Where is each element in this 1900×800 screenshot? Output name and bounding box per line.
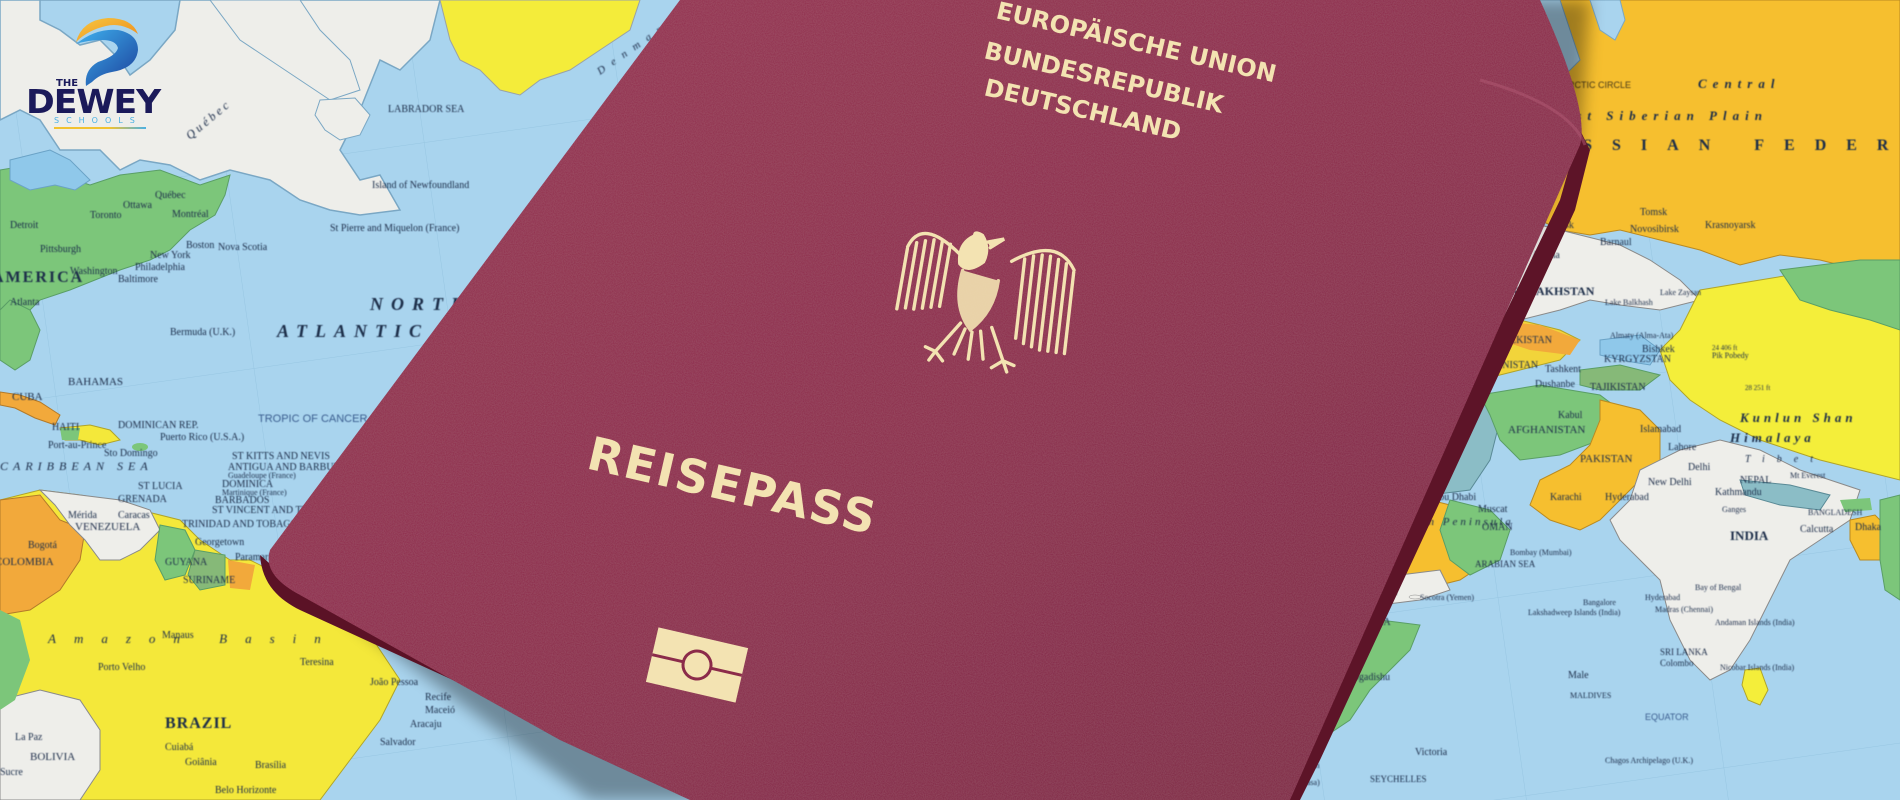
- map-label: Teresina: [300, 657, 334, 668]
- map-label: SURINAME: [183, 575, 235, 586]
- map-label: Lake Balkhash: [1605, 298, 1653, 307]
- map-label: ST KITTS AND NEVIS: [232, 451, 330, 462]
- dewey-schools-logo[interactable]: THE DEWEY SCHOOLS: [20, 16, 180, 126]
- map-label: Muscat: [1478, 504, 1508, 515]
- map-label: 24 406 ft: [1712, 344, 1737, 352]
- map-label: Islamabad: [1640, 424, 1681, 435]
- map-label: AMERICA: [0, 269, 84, 286]
- map-label: Colombo: [1660, 658, 1694, 668]
- map-label: Toronto: [90, 210, 122, 221]
- map-label: Maceió: [425, 705, 455, 716]
- map-label: Socotra (Yemen): [1420, 593, 1474, 602]
- map-label: Recife: [425, 692, 452, 703]
- map-label: Mt Everest: [1790, 471, 1826, 480]
- map-label: TROPIC OF CANCER: [258, 413, 367, 425]
- map-label: KAZAKHSTAN: [1510, 284, 1595, 298]
- world-map: LABRADOR SEA Québec Ottawa Québec Montré…: [0, 0, 1900, 800]
- map-label: BANGLADESH: [1808, 508, 1862, 517]
- map-label: Omsk: [1550, 220, 1574, 231]
- map-label: Tomsk: [1640, 207, 1667, 218]
- map-label: EQUATOR: [1645, 712, 1689, 722]
- map-label: Novosibirsk: [1630, 224, 1679, 235]
- map-label: BRAZIL: [165, 715, 232, 732]
- photo-scene: LABRADOR SEA Québec Ottawa Québec Montré…: [0, 0, 1900, 800]
- map-label: Mérida: [68, 510, 97, 521]
- map-label: Calcutta: [1800, 524, 1834, 535]
- map-label: ST VINCENT AND THE GRENADINES: [212, 505, 381, 516]
- map-label: Nairobi: [1280, 704, 1311, 715]
- map-label: Krasnoyarsk: [1705, 220, 1756, 231]
- map-label: ATLANTIC OCEAN: [276, 321, 544, 341]
- map-label: Ottawa: [123, 200, 152, 211]
- map-label: Bermuda (U.K.): [170, 327, 235, 338]
- map-label: Bogotá: [28, 540, 57, 551]
- map-label: Chagos Archipelago (U.K.): [1605, 756, 1693, 765]
- map-label: ICELAND: [733, 45, 777, 56]
- map-label: Central: [1698, 76, 1780, 91]
- map-label: TURKMENISTAN: [1460, 360, 1538, 371]
- map-label: João Pessoa: [370, 677, 419, 688]
- map-label: Mogadishu: [1345, 672, 1390, 683]
- map-label: Zanzibar: [1290, 746, 1319, 755]
- map-label: Lake Malawi (Nyasa): [1250, 778, 1320, 787]
- map-label: Hyderabad: [1605, 492, 1649, 503]
- map-label: Tibet: [1745, 454, 1825, 465]
- map-label: Dushanbe: [1535, 379, 1576, 390]
- map-label: IRAN: [1430, 417, 1460, 431]
- map-label: QATAR: [1410, 481, 1437, 490]
- map-label: Nova Scotia: [218, 242, 268, 253]
- map-label: BAHAMAS: [68, 376, 123, 388]
- map-label: Goiânia: [185, 757, 217, 768]
- map-label: KYRGYZSTAN: [1604, 354, 1671, 365]
- map-label: Karachi: [1550, 492, 1582, 503]
- map-label: RUSSIAN FEDERATION: [1520, 137, 1900, 154]
- map-label: St Pierre and Miquelon (France): [330, 223, 459, 234]
- map-label: MALDIVES: [1570, 691, 1611, 700]
- map-label: DOMINICAN REP.: [118, 420, 199, 431]
- map-label: Abu Dhabi: [1432, 492, 1476, 503]
- map-label: Puerto Rico (U.S.A.): [160, 432, 244, 443]
- map-label: Kilimanjaro: [1280, 720, 1319, 729]
- map-label: Male: [1568, 670, 1589, 681]
- map-label: Kathmandu: [1715, 487, 1762, 498]
- map-label: Kabul: [1558, 410, 1583, 421]
- map-label: Georgetown: [195, 537, 244, 548]
- map-label: Baltimore: [118, 274, 159, 285]
- map-label: Lake Zaysan: [1660, 288, 1701, 297]
- map-label: UZBEKISTAN: [1490, 335, 1552, 346]
- map-label: ST LUCIA: [138, 481, 183, 492]
- map-label: U.A.E.: [1402, 505, 1424, 514]
- map-label: GUYANA: [165, 557, 208, 568]
- map-label: Paramaribo: [235, 552, 281, 563]
- map-label: Cuiabá: [165, 742, 194, 753]
- map-label: Dar Es Salaam: [1272, 761, 1320, 770]
- map-label: Almaty (Alma-Ata): [1610, 331, 1674, 340]
- map-label: NEPAL: [1740, 475, 1771, 486]
- map-label: Kunlun Shan: [1739, 410, 1857, 425]
- map-label: TAJIKISTAN: [1590, 382, 1646, 393]
- map-label: Barnaul: [1600, 237, 1632, 248]
- map-label: Porto Velho: [98, 662, 145, 673]
- map-label: CARIBBEAN SEA: [0, 459, 153, 473]
- map-label: Aracaju: [410, 719, 442, 730]
- map-label: Astana: [1532, 250, 1560, 261]
- map-label: KENYA: [1280, 688, 1307, 697]
- map-label: Bombay (Mumbai): [1510, 548, 1572, 557]
- map-label: CUBA: [12, 391, 43, 403]
- map-label: ARCTIC CIRCLE: [1562, 80, 1631, 90]
- logo-suffix: SCHOOLS: [54, 116, 142, 125]
- map-label: 28 251 ft: [1745, 384, 1770, 392]
- map-label: INDIA: [1730, 528, 1769, 543]
- map-label: VENEZUELA: [75, 521, 140, 533]
- map-label: La Paz: [15, 732, 43, 743]
- map-label: Himalaya: [1729, 430, 1815, 445]
- map-label: NORTH: [369, 294, 473, 314]
- map-label: Lakshadweep Islands (India): [1528, 608, 1621, 617]
- map-label: Gulf of Aden: [1355, 588, 1397, 597]
- map-label: West Siberian Plain: [1548, 108, 1768, 123]
- map-label: New York: [150, 250, 191, 261]
- map-label: Bay of Bengal: [1695, 583, 1742, 592]
- map-label: Detroit: [10, 220, 39, 231]
- map-label: Manaus: [162, 630, 194, 641]
- map-label: COLOMBIA: [0, 556, 54, 568]
- map-label: SEYCHELLES: [1370, 774, 1427, 784]
- map-label: ARABIAN SEA: [1475, 559, 1536, 569]
- map-label: AFGHANISTAN: [1508, 424, 1585, 436]
- map-label: Belo Horizonte: [215, 785, 277, 796]
- logo-underline: [54, 127, 146, 129]
- map-label: ETHIOPIA: [1302, 633, 1339, 642]
- map-label: Hyderabad: [1645, 593, 1680, 602]
- map-label: Pittsburgh: [40, 244, 81, 255]
- map-label: Reykjavík: [672, 55, 713, 66]
- map-label: Caracas: [118, 510, 150, 521]
- map-label: Sto Domingo: [104, 448, 158, 459]
- map-label: Port-au-Prince: [48, 440, 107, 451]
- map-label: Dhaka: [1855, 522, 1882, 533]
- map-label: Philadelphia: [135, 262, 186, 273]
- map-label: Delhi: [1688, 462, 1710, 473]
- map-label: Québec: [155, 190, 186, 201]
- map-label: Ganges: [1722, 505, 1746, 514]
- map-label: Bangalore: [1583, 598, 1616, 607]
- map-label: Salvador: [380, 737, 416, 748]
- map-label: Brasília: [255, 760, 287, 771]
- map-label: BOLIVIA: [30, 751, 75, 763]
- map-label: TRINIDAD AND TOBAGO: [182, 519, 298, 530]
- map-label: SOMALIA: [1345, 617, 1391, 628]
- map-label: Montréal: [172, 209, 209, 220]
- map-label: Tashkent: [1545, 364, 1581, 375]
- map-label: New Delhi: [1648, 477, 1692, 488]
- map-label: Pik Pobedy: [1712, 351, 1749, 360]
- map-label: Victoria: [1415, 747, 1448, 758]
- map-label: Island of Newfoundland: [372, 180, 469, 191]
- map-label: PAKISTAN: [1580, 453, 1633, 465]
- map-label: SRI LANKA: [1660, 647, 1708, 657]
- map-label: HAITI: [52, 422, 79, 433]
- map-label: Andaman Islands (India): [1715, 618, 1795, 627]
- map-label: Lahore: [1668, 442, 1697, 453]
- map-label: GRENADA: [118, 494, 168, 505]
- map-label: Madras (Chennai): [1655, 605, 1713, 614]
- map-label: YEMEN: [1375, 557, 1411, 568]
- map-label: Sucre: [0, 767, 23, 778]
- map-label: LABRADOR SEA: [388, 104, 465, 115]
- map-label: Atlanta: [10, 297, 40, 308]
- map-label: Nicobar Islands (India): [1720, 663, 1795, 672]
- map-label: Arabian Peninsula: [1379, 516, 1514, 528]
- logo-wave-icon: [72, 16, 144, 86]
